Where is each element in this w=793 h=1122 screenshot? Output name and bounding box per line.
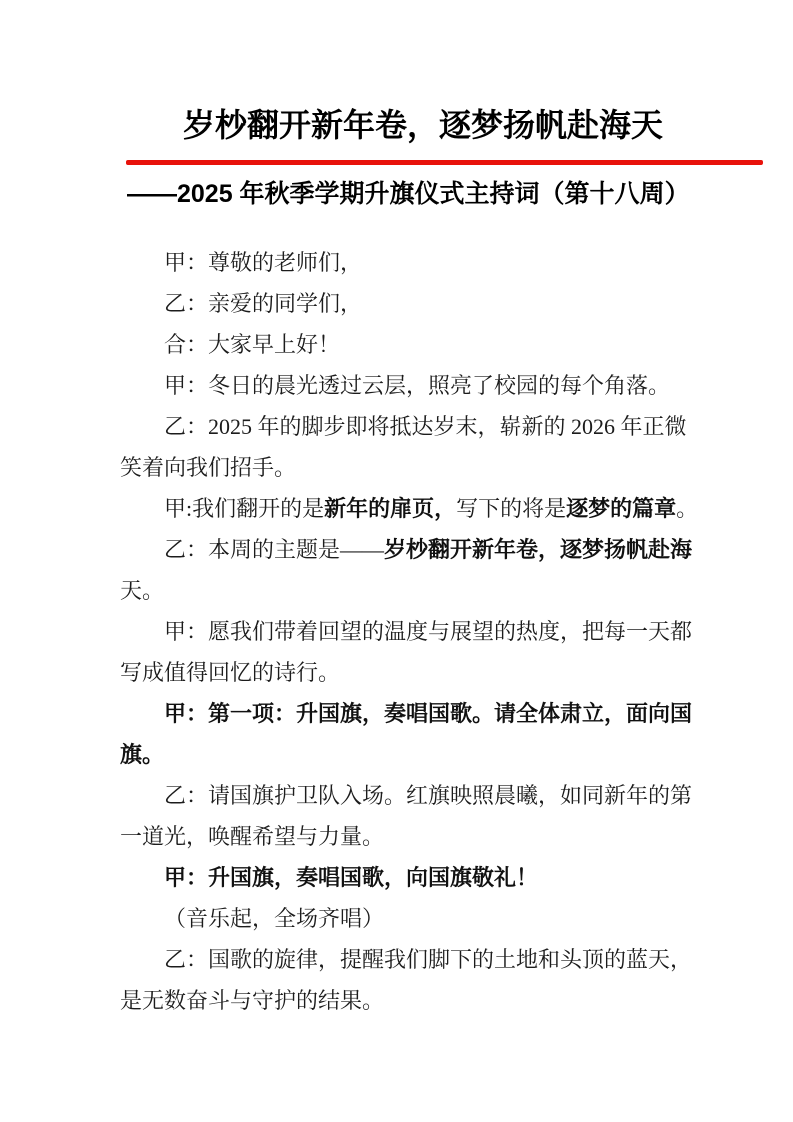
- script-line: 天。: [120, 570, 685, 611]
- script-line-segment: 甲：尊敬的老师们，: [164, 250, 362, 275]
- script-line: （音乐起，全场齐唱）: [120, 898, 685, 939]
- document-subtitle: ——2025 年秋季学期升旗仪式主持词（第十八周）: [127, 180, 690, 209]
- script-line: 乙：亲爱的同学们，: [120, 283, 685, 324]
- script-line: 甲：冬日的晨光透过云层，照亮了校园的每个角落。: [120, 365, 685, 406]
- script-line: 甲：升国旗，奏唱国歌，向国旗敬礼！: [120, 857, 685, 898]
- script-line: 一道光，唤醒希望与力量。: [120, 816, 685, 857]
- script-line-bold-segment: 岁杪翻开新年卷，逐梦扬帆赴海: [384, 537, 692, 562]
- script-body: 甲：尊敬的老师们，乙：亲爱的同学们，合：大家早上好！甲：冬日的晨光透过云层，照亮…: [120, 242, 685, 1021]
- script-line: 甲:我们翻开的是新年的扉页，写下的将是逐梦的篇章。: [120, 488, 685, 529]
- script-line-segment: 甲：愿我们带着回望的温度与展望的热度，把每一天都: [164, 619, 692, 644]
- script-line-segment: 。: [676, 496, 698, 521]
- script-line-segment: 乙：2025 年的脚步即将抵达岁末，崭新的 2026 年正微: [164, 414, 687, 439]
- script-line: 合：大家早上好！: [120, 324, 685, 365]
- script-line-bold-segment: 旗。: [120, 742, 164, 767]
- script-line: 乙：国歌的旋律，提醒我们脚下的土地和头顶的蓝天，: [120, 939, 685, 980]
- script-line-segment: 乙：本周的主题是——: [164, 537, 384, 562]
- script-line-segment: （音乐起，全场齐唱）: [164, 906, 384, 931]
- script-line-segment: 甲:我们翻开的是: [164, 496, 324, 521]
- document-page: 岁杪翻开新年卷，逐梦扬帆赴海天 ——2025 年秋季学期升旗仪式主持词（第十八周…: [0, 0, 793, 1122]
- title-divider-rule: [126, 160, 763, 165]
- script-line-segment: 乙：请国旗护卫队入场。红旗映照晨曦，如同新年的第: [164, 783, 692, 808]
- script-line: 甲：尊敬的老师们，: [120, 242, 685, 283]
- script-line: 乙：2025 年的脚步即将抵达岁末，崭新的 2026 年正微: [120, 406, 685, 447]
- script-line-bold-segment: 甲：升国旗，奏唱国歌，向国旗敬礼！: [164, 865, 538, 890]
- script-line: 甲：第一项：升国旗，奏唱国歌。请全体肃立，面向国: [120, 693, 685, 734]
- script-line-segment: 甲：冬日的晨光透过云层，照亮了校园的每个角落。: [164, 373, 670, 398]
- script-line-segment: 乙：亲爱的同学们，: [164, 291, 362, 316]
- script-line: 笑着向我们招手。: [120, 447, 685, 488]
- script-line-segment: 写成值得回忆的诗行。: [120, 660, 340, 685]
- script-line-bold-segment: 新年的扉页，: [324, 496, 456, 521]
- script-line: 写成值得回忆的诗行。: [120, 652, 685, 693]
- script-line: 旗。: [120, 734, 685, 775]
- script-line: 乙：请国旗护卫队入场。红旗映照晨曦，如同新年的第: [120, 775, 685, 816]
- script-line-segment: 写下的将是: [456, 496, 566, 521]
- script-line-segment: 合：大家早上好！: [164, 332, 340, 357]
- script-line-segment: 笑着向我们招手。: [120, 455, 296, 480]
- script-line-bold-segment: 逐梦的篇章: [566, 496, 676, 521]
- script-line-segment: 乙：国歌的旋律，提醒我们脚下的土地和头顶的蓝天，: [164, 947, 692, 972]
- script-line-bold-segment: 甲：第一项：升国旗，奏唱国歌。请全体肃立，面向国: [164, 701, 692, 726]
- script-line: 甲：愿我们带着回望的温度与展望的热度，把每一天都: [120, 611, 685, 652]
- document-title: 岁杪翻开新年卷，逐梦扬帆赴海天: [183, 108, 663, 143]
- script-line-segment: 天。: [120, 578, 164, 603]
- script-line: 乙：本周的主题是——岁杪翻开新年卷，逐梦扬帆赴海: [120, 529, 685, 570]
- script-line: 是无数奋斗与守护的结果。: [120, 980, 685, 1021]
- script-line-segment: 一道光，唤醒希望与力量。: [120, 824, 384, 849]
- script-line-segment: 是无数奋斗与守护的结果。: [120, 988, 384, 1013]
